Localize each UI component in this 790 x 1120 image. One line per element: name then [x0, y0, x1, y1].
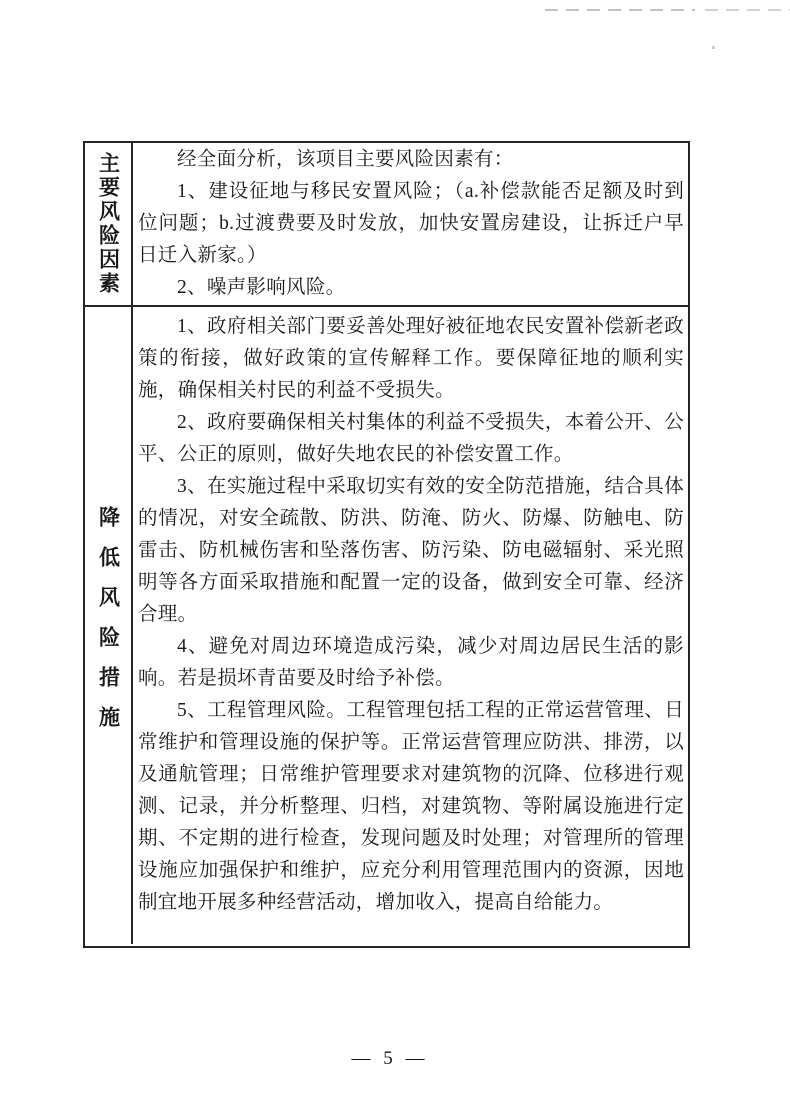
- paragraph-measure-4: 4、避免对周边环境造成污染，减少对周边居民生活的影响。若是损坏青苗要及时给予补偿…: [138, 631, 684, 695]
- paragraph-measure-3: 3、在实施过程中采取切实有效的安全防范措施，结合具体的情况，对安全疏散、防洪、防…: [138, 471, 684, 631]
- paragraph-measure-5: 5、工程管理风险。工程管理包括工程的正常运营管理、日常维护和管理设施的保护等。正…: [138, 695, 684, 919]
- risk-assessment-table: 主要风险因素 经全面分析，该项目主要风险因素有： 1、建设征地与移民安置风险；（…: [83, 141, 690, 948]
- paragraph-measure-1: 1、政府相关部门要妥善处理好被征地农民安置补偿新老政策的衔接，做好政策的宣传解释…: [138, 311, 684, 407]
- row-header-main-risk-factors: 主要风险因素: [98, 152, 119, 296]
- paragraph-risk-2: 2、噪声影响风险。: [138, 272, 684, 304]
- row-header-cell: 降低风险措施: [85, 307, 133, 944]
- scan-artifact-speck: [712, 46, 715, 49]
- scan-artifact-dashes: [545, 9, 695, 11]
- paragraph-intro: 经全面分析，该项目主要风险因素有：: [138, 144, 684, 176]
- table-row-main-risk-factors: 主要风险因素 经全面分析，该项目主要风险因素有： 1、建设征地与移民安置风险；（…: [85, 143, 688, 307]
- row-body-cell: 1、政府相关部门要妥善处理好被征地农民安置补偿新老政策的衔接，做好政策的宣传解释…: [133, 307, 688, 944]
- row-header-risk-reduction-measures: 降低风险措施: [98, 506, 119, 746]
- row-header-cell: 主要风险因素: [85, 143, 133, 305]
- table-row-risk-reduction-measures: 降低风险措施 1、政府相关部门要妥善处理好被征地农民安置补偿新老政策的衔接，做好…: [85, 307, 688, 944]
- paragraph-measure-2: 2、政府要确保相关村集体的利益不受损失，本着公开、公平、公正的原则，做好失地农民…: [138, 407, 684, 471]
- paragraph-risk-1: 1、建设征地与移民安置风险；（a.补偿款能否足额及时到位问题；b.过渡费要及时发…: [138, 176, 684, 272]
- page-number: — 5 —: [0, 1048, 780, 1070]
- scan-artifact-dashes: [705, 9, 790, 11]
- row-body-cell: 经全面分析，该项目主要风险因素有： 1、建设征地与移民安置风险；（a.补偿款能否…: [133, 143, 688, 305]
